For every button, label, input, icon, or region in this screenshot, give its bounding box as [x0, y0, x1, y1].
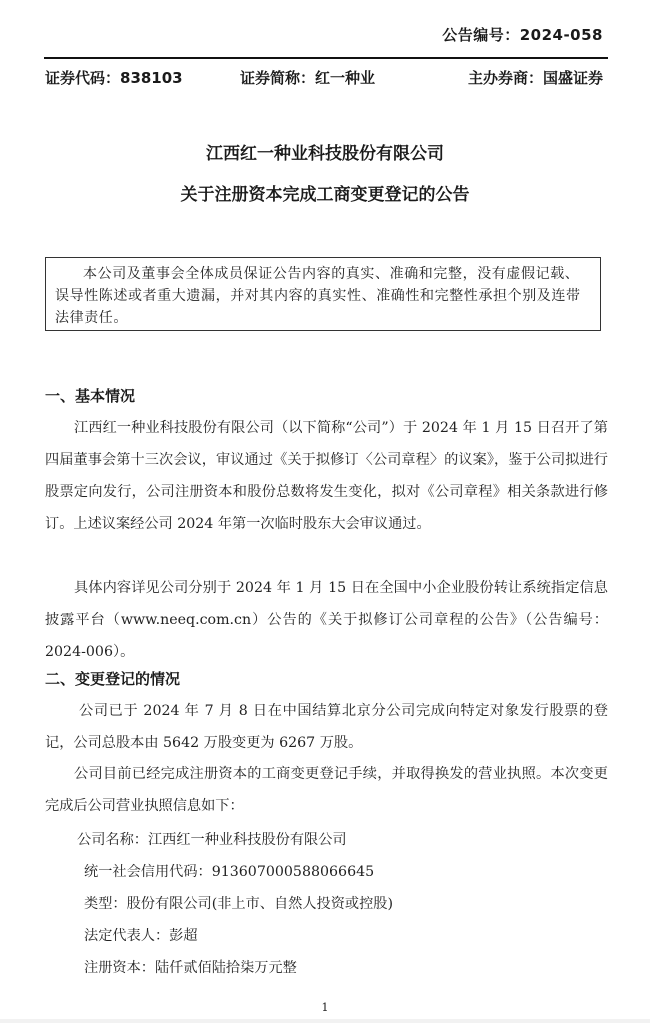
sponsor-broker: 主办券商：国盛证券 [468, 67, 603, 88]
section-heading-change: 二、变更登记的情况 [45, 668, 180, 689]
section-paragraph: 公司目前已经完成注册资本的工商变更登记手续，并取得换发的营业执照。本次变更完成后… [45, 758, 608, 822]
company-title: 江西红一种业科技股份有限公司 [0, 139, 650, 164]
section-paragraph: 江西红一种业科技股份有限公司（以下简称“公司”）于 2024 年 1 月 15 … [45, 412, 608, 540]
license-legal-representative: 法定代表人：彭超 [84, 925, 198, 945]
securities-abbreviation: 证券简称：红一种业 [240, 67, 375, 88]
header-rule [44, 57, 608, 59]
disclaimer-box: 本公司及董事会全体成员保证公告内容的真实、准确和完整，没有虚假记载、误导性陈述或… [45, 257, 601, 331]
license-registered-capital: 注册资本：陆仟贰佰陆拾柒万元整 [84, 957, 297, 977]
license-credit-code: 统一社会信用代码：913607000588066645 [84, 861, 374, 881]
section-paragraph: 公司已于 2024 年 7 月 8 日在中国结算北京分公司完成向特定对象发行股票… [45, 695, 608, 759]
notice-number: 公告编号：2024-058 [442, 24, 603, 45]
section-heading-basic: 一、基本情况 [45, 385, 135, 406]
securities-code: 证券代码：838103 [45, 67, 183, 88]
section-paragraph: 具体内容详见公司分别于 2024 年 1 月 15 日在全国中小企业股份转让系统… [45, 572, 608, 668]
announcement-subject: 关于注册资本完成工商变更登记的公告 [0, 180, 650, 205]
page-number: 1 [0, 1001, 650, 1014]
license-type: 类型：股份有限公司(非上市、自然人投资或控股) [84, 893, 393, 913]
license-company-name: 公司名称：江西红一种业科技股份有限公司 [77, 829, 347, 849]
page-bottom-edge [0, 1019, 650, 1023]
